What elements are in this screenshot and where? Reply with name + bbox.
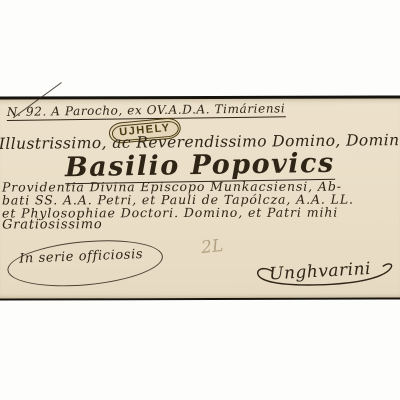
letter-cover: N. 92. A Parocho, ex OV.A.D.A. Timáriens… (0, 95, 400, 300)
scan-background: N. 92. A Parocho, ex OV.A.D.A. Timáriens… (0, 0, 400, 400)
rate-mark: 2L (200, 236, 224, 258)
reference-number-line: N. 92. A Parocho, ex OV.A.D.A. Timáriens… (7, 101, 286, 121)
titles-line-4: Gratiosissimo (2, 217, 102, 232)
official-notation: In serie officiosis (5, 239, 167, 289)
